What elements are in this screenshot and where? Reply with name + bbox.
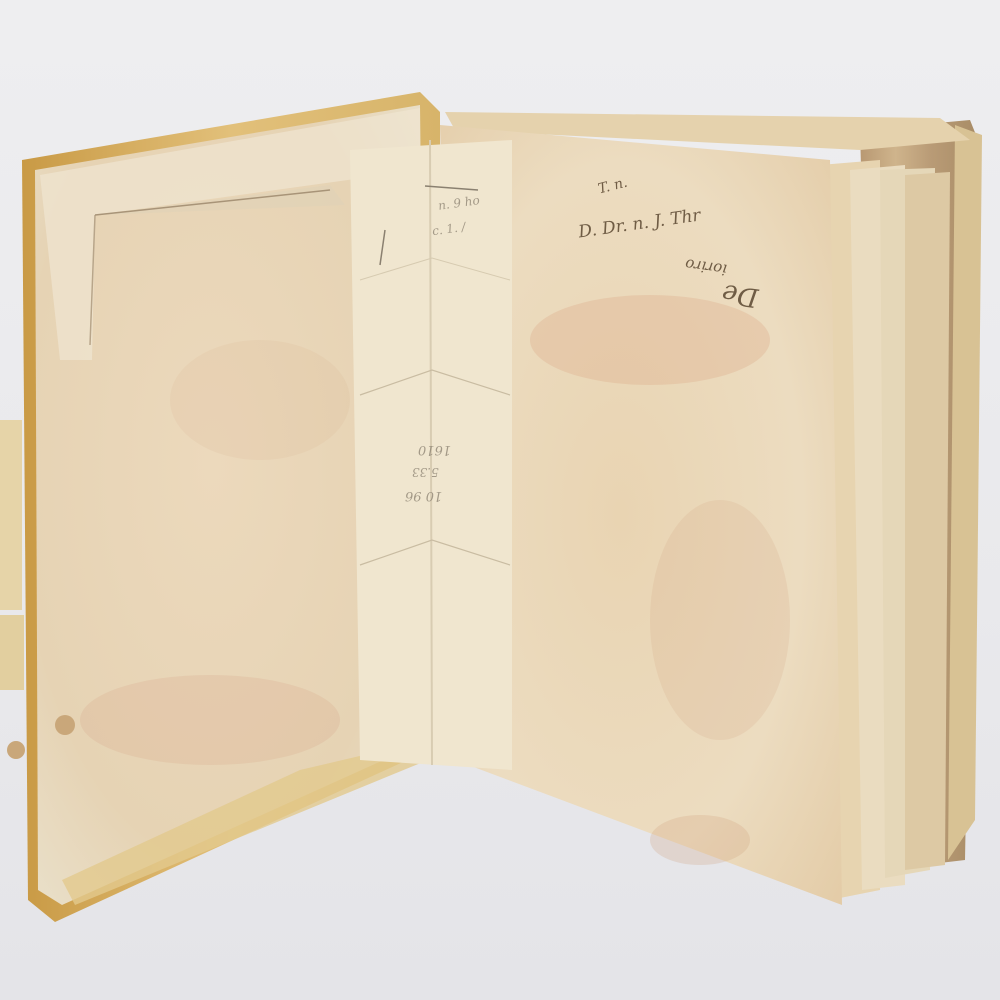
photo-scene: T. n. D. Dr. n. J. Thr ioriro De n. 9 ho…	[0, 0, 1000, 1000]
pencil-note-mid-2: 5.33	[412, 465, 439, 479]
background-book	[0, 420, 22, 610]
book-illustration	[0, 0, 1000, 1000]
ink-flourish: De	[720, 278, 760, 313]
tie-cord	[55, 715, 75, 735]
pencil-note-mid-3: 10 96	[405, 488, 442, 503]
pencil-note-mid-1: 1610	[418, 442, 451, 457]
